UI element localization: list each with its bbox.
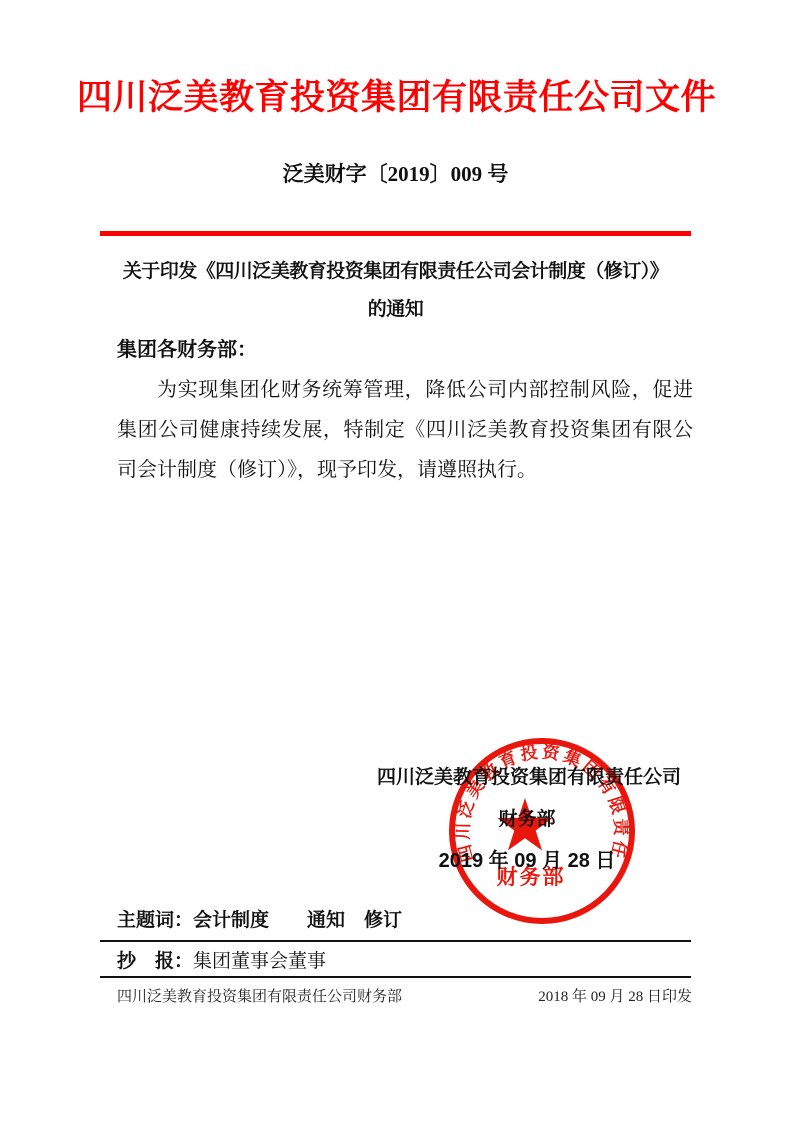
divider-line-top (100, 940, 691, 942)
issuer-name: 四川泛美教育投资集团有限责任公司财务部 (117, 985, 402, 1006)
divider-line-bottom (100, 976, 691, 978)
document-page: 四川泛美教育投资集团有限责任公司文件 泛美财字〔2019〕009 号 关于印发《… (0, 0, 793, 1122)
subject-line-1: 关于印发《四川泛美教育投资集团有限责任公司会计制度（修订）》 (100, 253, 691, 291)
print-date: 2018 年 09 月 28 日印发 (538, 985, 692, 1006)
subject-line-2: 的通知 (100, 291, 691, 329)
keywords-label: 主题词： (117, 910, 193, 931)
print-info-row: 四川泛美教育投资集团有限责任公司财务部 2018 年 09 月 28 日印发 (117, 985, 692, 1006)
body-paragraph: 为实现集团化财务统筹管理，降低公司内部控制风险，促进集团公司健康持续发展，特制定… (117, 370, 693, 490)
cc-row: 抄 报：集团董事会董事 (117, 946, 326, 973)
cc-label: 抄 报： (117, 951, 193, 972)
document-number: 泛美财字〔2019〕009 号 (100, 158, 691, 188)
document-red-header-title: 四川泛美教育投资集团有限责任公司文件 (50, 70, 743, 120)
document-subject-heading: 关于印发《四川泛美教育投资集团有限责任公司会计制度（修订）》 的通知 (100, 253, 691, 329)
signature-department: 财务部 (377, 804, 677, 831)
signature-date: 2019 年 09 月 28 日 (377, 844, 677, 873)
keywords-row: 主题词：会计制度 通知 修订 (117, 905, 402, 932)
keywords-value: 会计制度 通知 修订 (193, 910, 402, 931)
signature-company: 四川泛美教育投资集团有限责任公司 (377, 762, 677, 789)
red-separator-rule (100, 231, 691, 236)
addressee: 集团各财务部： (117, 333, 257, 362)
cc-value: 集团董事会董事 (193, 951, 326, 972)
